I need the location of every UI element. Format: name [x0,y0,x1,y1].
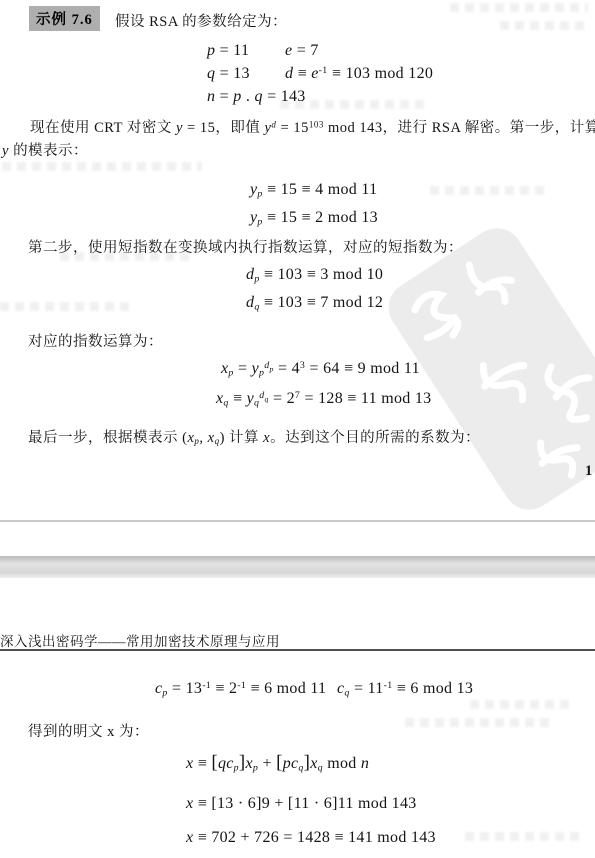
coeff-eq-cq: cq = 11-1 ≡ 6 mod 13 [337,680,473,698]
header-rule [0,649,595,651]
result-eq-2: x ≡ [13 · 6]9 + [11 · 6]11 mod 143 [186,795,417,813]
param-eq-d: d ≡ e-1 ≡ 103 mod 120 [285,65,433,83]
exp-eq-1: xp = ypdp = 43 = 64 ≡ 9 mod 11 [221,360,420,378]
param-eq-e: e = 7 [285,42,319,60]
result-eq-3: x ≡ 702 + 726 = 1428 ≡ 141 mod 143 [186,829,436,847]
crt-paragraph-line1: 现在使用 CRT 对密文 y = 15，即值 yd = 15103 mod 14… [30,116,595,137]
bleedthrough-noise [465,832,580,841]
page-gap-shadow [0,556,595,578]
bleedthrough-noise [430,186,550,195]
param-eq-p: p = 11 [207,42,249,60]
example-label: 示例 7.6 [29,6,100,31]
coeff-eq-cp: cp = 13-1 ≡ 2-1 ≡ 6 mod 11 [155,680,326,698]
bleedthrough-noise [500,21,588,30]
param-eq-q: q = 13 [207,65,250,83]
page1-bottom-edge [0,520,595,522]
step2-paragraph: 第二步，使用短指数在变换域内执行指数运算，对应的短指数为： [28,236,463,257]
exponentiation-paragraph: 对应的指数运算为： [28,330,163,351]
exp-eq-2: xq ≡ yqdq = 27 = 128 ≡ 11 mod 13 [216,390,432,408]
bleedthrough-noise [0,302,130,311]
param-eq-n: n = p . q = 143 [207,88,306,106]
bleedthrough-noise [470,700,570,709]
page-number-fragment: 1 [585,463,592,480]
bleedthrough-noise [450,3,588,12]
mod-eq-2: yp ≡ 15 ≡ 2 mod 13 [250,209,378,227]
short-exp-eq-1: dp ≡ 103 ≡ 3 mod 10 [246,266,383,284]
result-eq-1: x ≡ [qcp]xp + [pcq]xq mod n [186,752,369,774]
mod-eq-1: yp ≡ 15 ≡ 4 mod 11 [250,181,377,199]
example-intro-text: 假设 RSA 的参数给定为： [115,10,287,31]
short-exp-eq-2: dq ≡ 103 ≡ 7 mod 12 [246,294,383,312]
plaintext-paragraph: 得到的明文 x 为： [28,720,149,741]
bleedthrough-noise [405,718,555,727]
crt-paragraph-line2: y 的模表示： [2,139,88,160]
bleedthrough-noise [2,162,202,171]
final-step-paragraph: 最后一步，根据模表示 (xp, xq) 计算 x。达到这个目的所需的系数为： [28,426,480,447]
running-header: 深入浅出密码学——常用加密技术原理与应用 [0,630,280,650]
